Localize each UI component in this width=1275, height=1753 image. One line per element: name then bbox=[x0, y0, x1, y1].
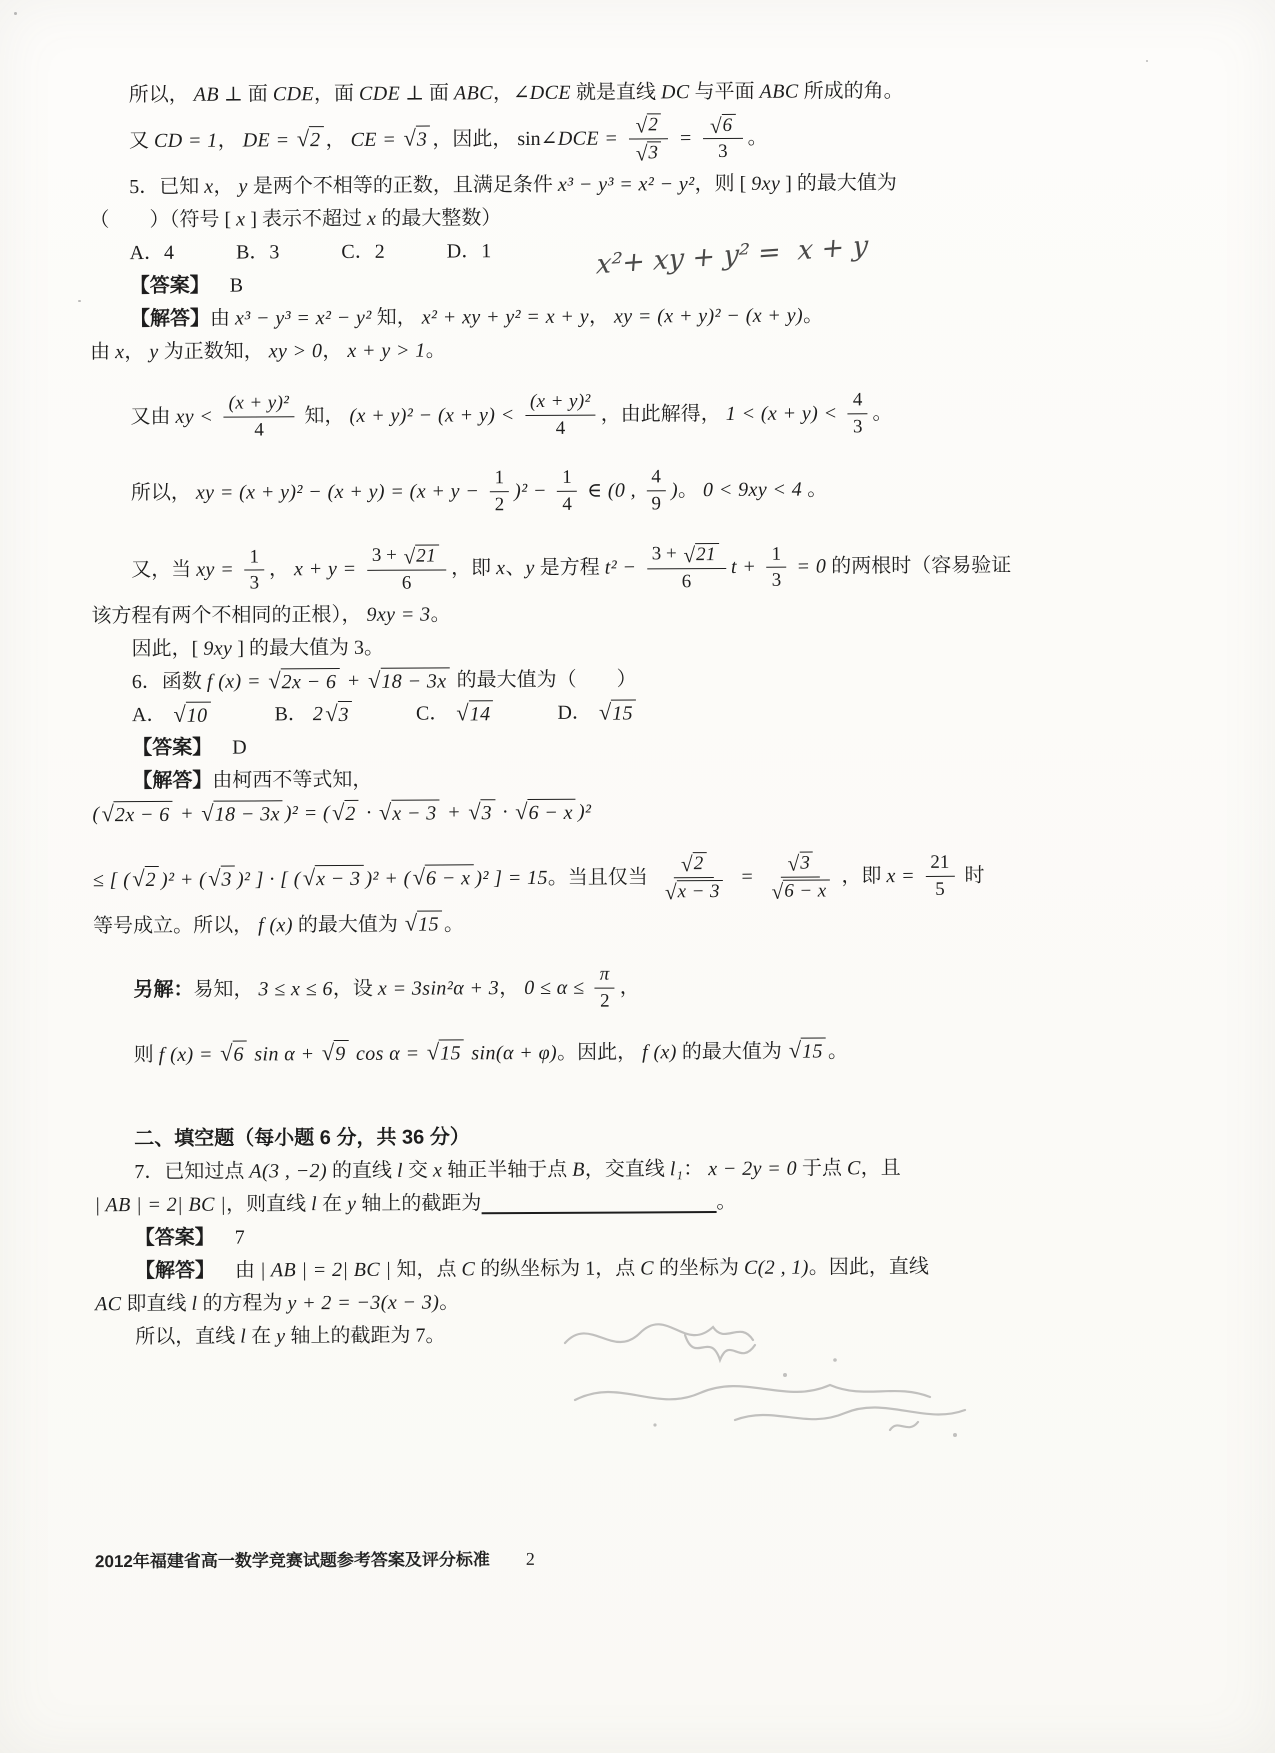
text-line: 另解：易知， 3 ≤ x ≤ 6，设 x = 3sin²α + 3， 0 ≤ α… bbox=[93, 960, 973, 1017]
text-line: （ ）（符号 [ x ] 表示不超过 x 的最大整数） bbox=[89, 202, 969, 235]
text-line: 7．已知过点 A(3 , −2) 的直线 l 交 x 轴正半轴于点 B，交直线 … bbox=[94, 1154, 974, 1187]
text-line: 【解答】由 x³ − y³ = x² − y² 知， x² + xy + y² … bbox=[90, 301, 970, 334]
footer-page-number: 2 bbox=[526, 1549, 535, 1570]
text-line: 5．已知 x， y 是两个不相等的正数，且满足条件 x³ − y³ = x² −… bbox=[89, 169, 969, 202]
text-line: 所以， xy = (x + y)² − (x + y) = (x + y − 1… bbox=[91, 463, 971, 520]
text-line: 【答案】 D bbox=[92, 730, 972, 763]
text-line: 【答案】 B bbox=[90, 268, 970, 301]
footer-title: 2012年福建省高一数学竞赛试题参考答案及评分标准 bbox=[95, 1545, 490, 1572]
text-line: (√2x − 6 + √18 − 3x)² = (√2 · √x − 3 + √… bbox=[92, 796, 972, 829]
scan-speck bbox=[78, 300, 81, 302]
document-body: 所以， AB ⊥ 面 CDE，面 CDE ⊥ 面 ABC，∠DCE 就是直线 D… bbox=[89, 72, 976, 1357]
text-line: 则 f (x) = √6 sin α + √9 cos α = √15 sin(… bbox=[94, 1037, 974, 1070]
text-line: 6．函数 f (x) = √2x − 6 + √18 − 3x 的最大值为（ ） bbox=[92, 664, 972, 697]
text-line: 【解答】 由 | AB | = 2| BC | 知，点 C 的纵坐标为 1，点 … bbox=[95, 1253, 975, 1286]
page-footer: 2012年福建省高一数学竞赛试题参考答案及评分标准 2 bbox=[95, 1545, 535, 1572]
text-line: A． √10B． 2√3C． √14D． √15 bbox=[92, 697, 972, 730]
text-line: ≤ [ (√2)² + (√3)² ] · [ (√x − 3)² + (√6 … bbox=[93, 848, 973, 907]
text-line: 因此，[ 9xy ] 的最大值为 3。 bbox=[92, 631, 972, 664]
scan-speck bbox=[14, 12, 17, 15]
text-line: 【答案】 7 bbox=[95, 1220, 975, 1253]
text-line: 又 CD = 1， DE = √2， CE = √3，因此， sin∠DCE =… bbox=[89, 110, 969, 169]
scanned-exam-page: 所以， AB ⊥ 面 CDE，面 CDE ⊥ 面 ABC，∠DCE 就是直线 D… bbox=[0, 0, 1275, 1753]
text-line: 由 x， y 为正数知， xy > 0， x + y > 1。 bbox=[90, 334, 970, 367]
text-line: 二、填空题（每小题 6 分，共 36 分） bbox=[94, 1121, 974, 1154]
scan-speck bbox=[1146, 60, 1148, 62]
text-line: 又由 xy < (x + y)²4 知， (x + y)² − (x + y) … bbox=[90, 386, 970, 443]
text-line: 该方程有两个不相同的正根）， 9xy = 3。 bbox=[91, 598, 971, 631]
text-line: 【解答】由柯西不等式知， bbox=[92, 763, 972, 796]
text-line: 等号成立。所以， f (x) 的最大值为 √15。 bbox=[93, 908, 973, 941]
handwritten-scribble bbox=[535, 1305, 995, 1455]
text-line: 所以， AB ⊥ 面 CDE，面 CDE ⊥ 面 ABC，∠DCE 就是直线 D… bbox=[89, 77, 969, 110]
text-line: 又，当 xy = 13， x + y = 3 + √216，即 x、y 是方程 … bbox=[91, 540, 971, 598]
text-line: | AB | = 2| BC |，则直线 l 在 y 轴上的截距为。 bbox=[94, 1187, 974, 1220]
